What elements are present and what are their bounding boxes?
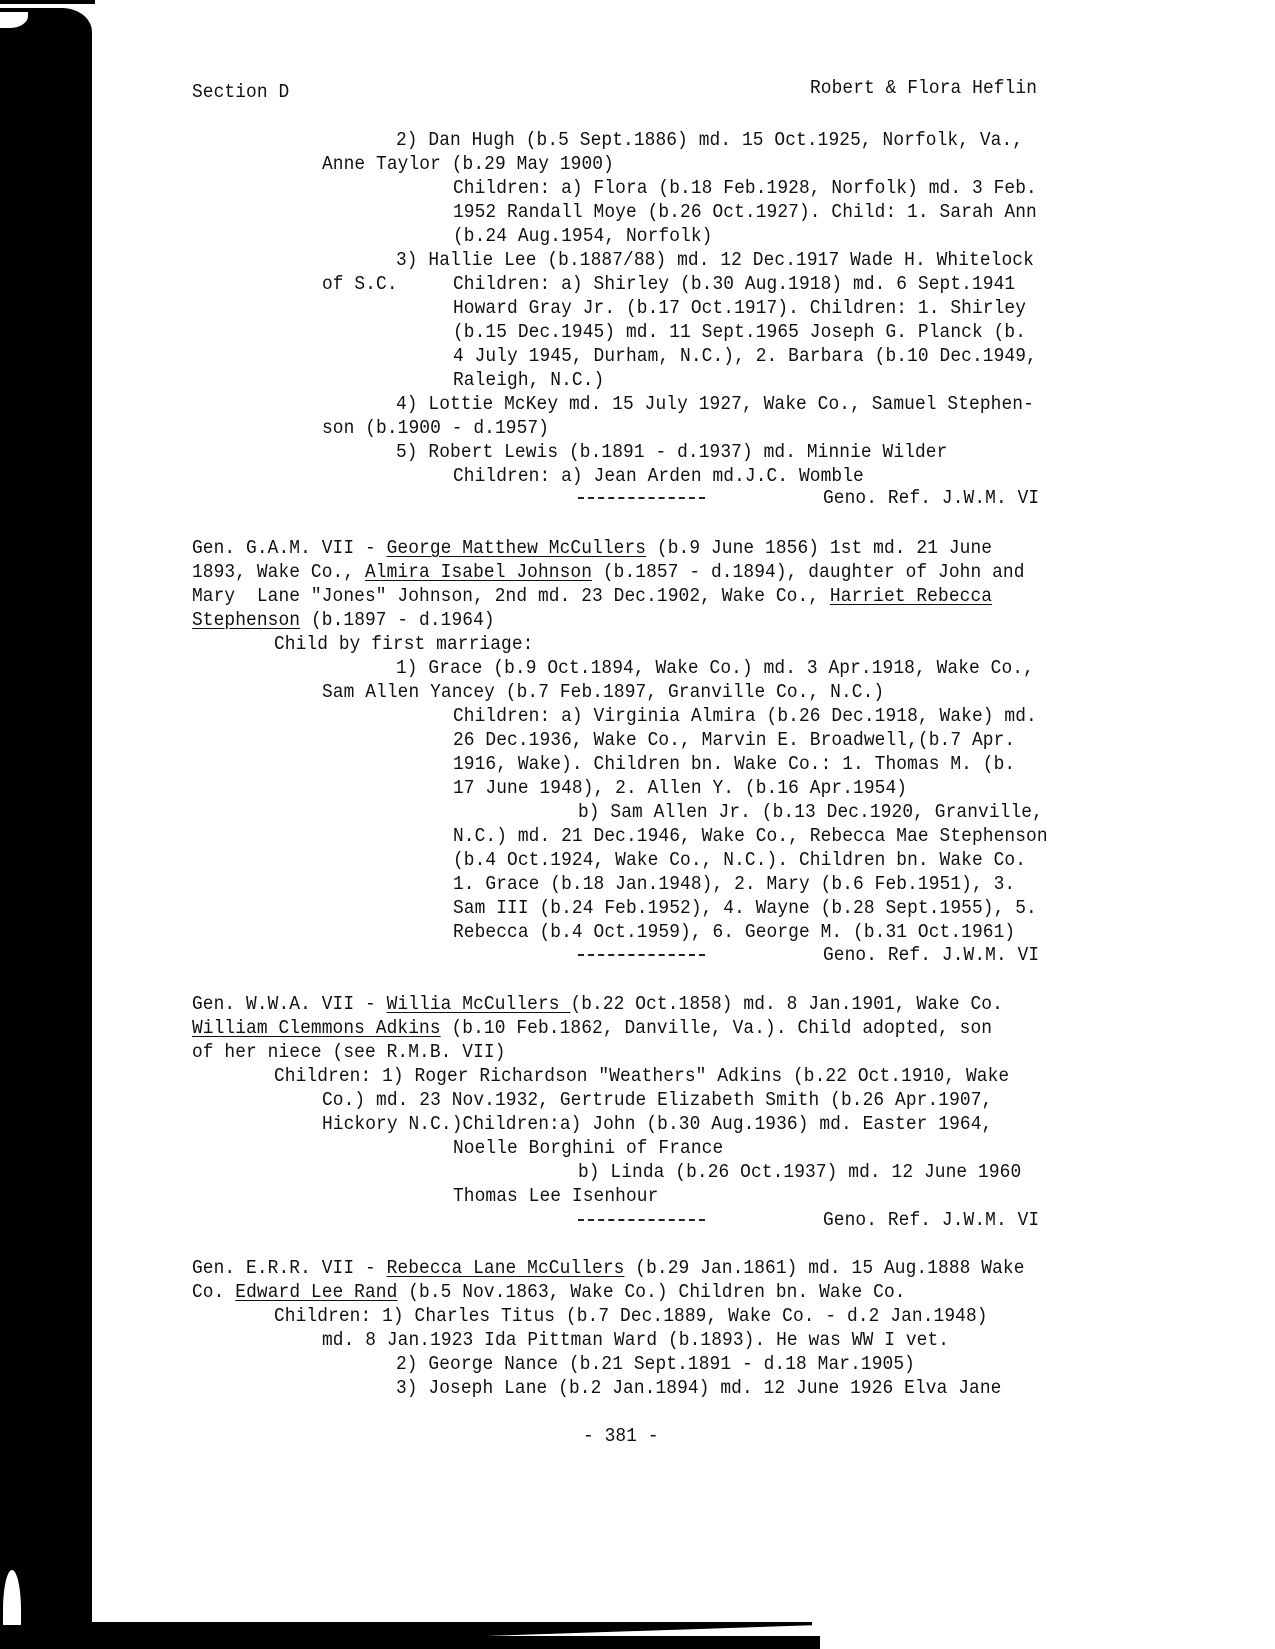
text-line: Co.) md. 23 Nov.1932, Gertrude Elizabeth…	[322, 1088, 992, 1112]
text-line: son (b.1900 - d.1957)	[322, 416, 549, 440]
spouse-name: Stephenson	[192, 609, 300, 631]
text-line: Mary Lane "Jones" Johnson, 2nd md. 23 De…	[192, 584, 992, 608]
section-separator	[578, 1219, 705, 1221]
genealogy-reference: Geno. Ref. J.W.M. VI	[823, 943, 1039, 967]
section-label: Section D	[192, 80, 289, 104]
text-line: 1) Grace (b.9 Oct.1894, Wake Co.) md. 3 …	[396, 656, 1034, 680]
text-line: 1916, Wake). Children bn. Wake Co.: 1. T…	[453, 752, 1015, 776]
text-line: (b.24 Aug.1954, Norfolk)	[453, 224, 712, 248]
person-name: George Matthew McCullers	[387, 537, 646, 559]
text-line: b) Sam Allen Jr. (b.13 Dec.1920, Granvil…	[578, 800, 1043, 824]
spouse-name: Almira Isabel Johnson	[365, 561, 592, 583]
text-line: Thomas Lee Isenhour	[453, 1184, 658, 1208]
text-line: 3) Joseph Lane (b.2 Jan.1894) md. 12 Jun…	[396, 1376, 1001, 1400]
text-line: N.C.) md. 21 Dec.1946, Wake Co., Rebecca…	[453, 824, 1048, 848]
text-line: Co. Edward Lee Rand (b.5 Nov.1863, Wake …	[192, 1280, 906, 1304]
text-span: (b.1897 - d.1964)	[300, 609, 495, 631]
generation-label: Gen. G.A.M. VII -	[192, 537, 387, 559]
text-line: 4 July 1945, Durham, N.C.), 2. Barbara (…	[453, 344, 1037, 368]
generation-label: Gen. E.R.R. VII -	[192, 1257, 387, 1279]
text-line: Raleigh, N.C.)	[453, 368, 604, 392]
text-span: (b.5 Nov.1863, Wake Co.) Children bn. Wa…	[397, 1281, 905, 1303]
text-span: Mary Lane "Jones" Johnson, 2nd md. 23 De…	[192, 585, 830, 607]
person-name: Willia McCullers	[387, 993, 571, 1015]
text-line: Howard Gray Jr. (b.17 Oct.1917). Childre…	[453, 296, 1026, 320]
text-line: 17 June 1948), 2. Allen Y. (b.16 Apr.195…	[453, 776, 907, 800]
generation-label: Gen. W.W.A. VII -	[192, 993, 387, 1015]
text-line: Children: 1) Charles Titus (b.7 Dec.1889…	[274, 1304, 988, 1328]
text-span: 1893, Wake Co.,	[192, 561, 365, 583]
text-line: 1. Grace (b.18 Jan.1948), 2. Mary (b.6 F…	[453, 872, 1015, 896]
text-line: 1952 Randall Moye (b.26 Oct.1927). Child…	[453, 200, 1037, 224]
text-span: (b.29 Jan.1861) md. 15 Aug.1888 Wake	[624, 1257, 1024, 1279]
entry-heading: Gen. E.R.R. VII - Rebecca Lane McCullers…	[192, 1256, 1025, 1280]
genealogy-reference: Geno. Ref. J.W.M. VI	[823, 486, 1039, 510]
text-line: 3) Hallie Lee (b.1887/88) md. 12 Dec.191…	[396, 248, 1034, 272]
text-line: 4) Lottie McKey md. 15 July 1927, Wake C…	[396, 392, 1034, 416]
section-separator	[578, 954, 705, 956]
text-span: (b.9 June 1856) 1st md. 21 June	[646, 537, 992, 559]
text-line: (b.15 Dec.1945) md. 11 Sept.1965 Joseph …	[453, 320, 1026, 344]
text-line: of her niece (see R.M.B. VII)	[192, 1040, 506, 1064]
scan-border-bottom	[0, 1636, 820, 1649]
text-line: Child by first marriage:	[274, 632, 533, 656]
text-span: (b.22 Oct.1858) md. 8 Jan.1901, Wake Co.	[570, 993, 1002, 1015]
page-number: - 381 -	[583, 1424, 659, 1448]
text-line: Hickory N.C.)Children:a) John (b.30 Aug.…	[322, 1112, 992, 1136]
text-line: 2) Dan Hugh (b.5 Sept.1886) md. 15 Oct.1…	[396, 128, 1023, 152]
text-span: Co.	[192, 1281, 235, 1303]
text-line: Children: a) Flora (b.18 Feb.1928, Norfo…	[453, 176, 1037, 200]
text-span: (b.10 Feb.1862, Danville, Va.). Child ad…	[441, 1017, 992, 1039]
person-name: Rebecca Lane McCullers	[387, 1257, 625, 1279]
entry-heading: Gen. G.A.M. VII - George Matthew McCulle…	[192, 536, 992, 560]
text-line: (b.4 Oct.1924, Wake Co., N.C.). Children…	[453, 848, 1026, 872]
text-span: (b.1857 - d.1894), daughter of John and	[592, 561, 1024, 583]
text-line: Children: a) Shirley (b.30 Aug.1918) md.…	[453, 272, 1015, 296]
text-line: Rebecca (b.4 Oct.1959), 6. George M. (b.…	[453, 920, 1015, 944]
text-line: Sam III (b.24 Feb.1952), 4. Wayne (b.28 …	[453, 896, 1037, 920]
text-line: 26 Dec.1936, Wake Co., Marvin E. Broadwe…	[453, 728, 1015, 752]
family-title: Robert & Flora Heflin	[810, 76, 1037, 100]
spouse-name: Harriet Rebecca	[830, 585, 992, 607]
text-line: 5) Robert Lewis (b.1891 - d.1937) md. Mi…	[396, 440, 947, 464]
text-line: Noelle Borghini of France	[453, 1136, 723, 1160]
text-line: b) Linda (b.26 Oct.1937) md. 12 June 196…	[578, 1160, 1021, 1184]
text-line: Children: a) Virginia Almira (b.26 Dec.1…	[453, 704, 1037, 728]
entry-heading: Gen. W.W.A. VII - Willia McCullers (b.22…	[192, 992, 1003, 1016]
text-line: Children: a) Jean Arden md.J.C. Womble	[453, 464, 864, 488]
text-line: Children: 1) Roger Richardson "Weathers"…	[274, 1064, 1009, 1088]
scan-border-top	[0, 0, 95, 4]
text-line: Anne Taylor (b.29 May 1900)	[322, 152, 614, 176]
scan-border-left	[0, 8, 92, 1649]
text-line: Stephenson (b.1897 - d.1964)	[192, 608, 495, 632]
spouse-name: Edward Lee Rand	[235, 1281, 397, 1303]
text-line: 2) George Nance (b.21 Sept.1891 - d.18 M…	[396, 1352, 915, 1376]
text-line: William Clemmons Adkins (b.10 Feb.1862, …	[192, 1016, 992, 1040]
text-line: Sam Allen Yancey (b.7 Feb.1897, Granvill…	[322, 680, 884, 704]
genealogy-reference: Geno. Ref. J.W.M. VI	[823, 1208, 1039, 1232]
spouse-name: William Clemmons Adkins	[192, 1017, 441, 1039]
text-line: md. 8 Jan.1923 Ida Pittman Ward (b.1893)…	[322, 1328, 949, 1352]
text-line: of S.C.	[322, 272, 398, 296]
section-separator	[578, 497, 705, 499]
text-line: 1893, Wake Co., Almira Isabel Johnson (b…	[192, 560, 1025, 584]
